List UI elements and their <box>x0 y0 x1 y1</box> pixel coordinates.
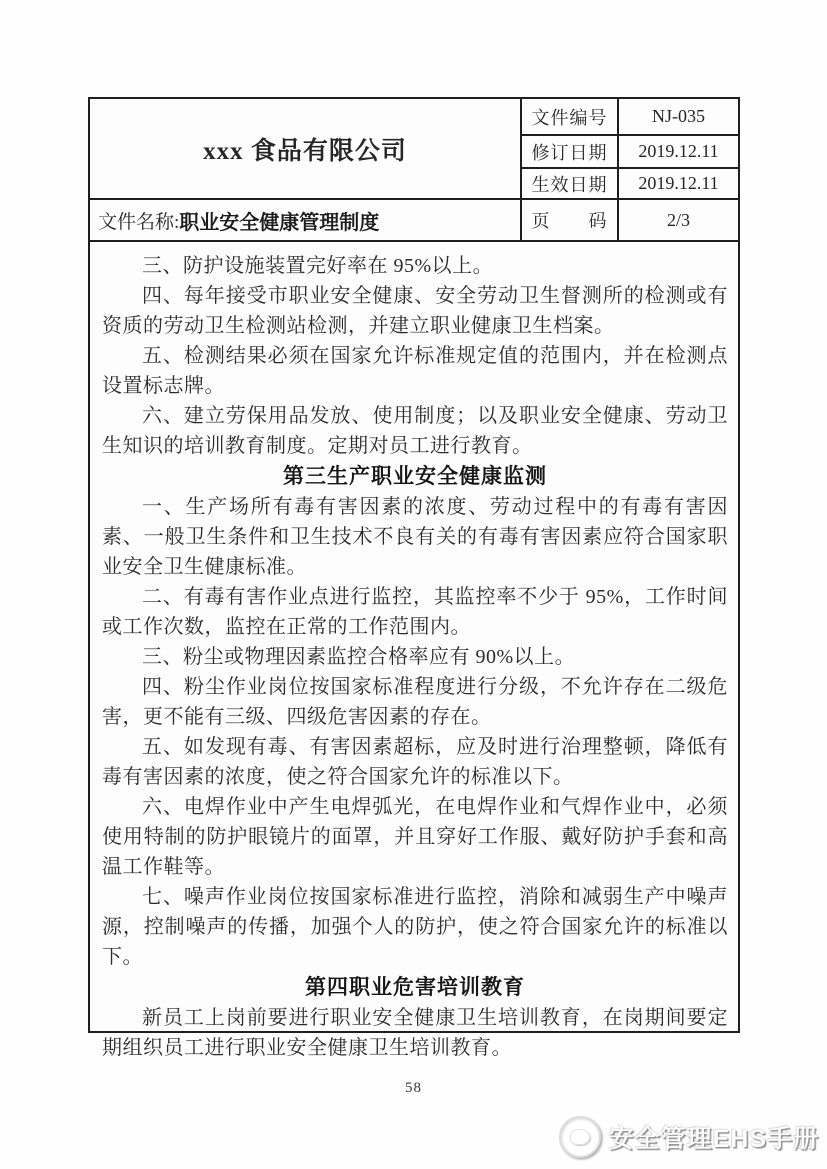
document-body: 三、防护设施装置完好率在 95%以上。 四、每年接受市职业安全健康、安全劳动卫生… <box>90 242 738 1063</box>
document-page: xxx 食品有限公司 文件编号 NJ-035 修订日期 2019.12.11 生… <box>0 0 827 1169</box>
field-label-revision-date: 修订日期 <box>522 136 619 169</box>
paragraph: 五、如发现有毒、有害因素超标，应及时进行治理整顿，降低有毒有害因素的浓度，使之符… <box>102 732 728 792</box>
field-label-doc-number: 文件编号 <box>522 99 619 136</box>
document-title: 职业安全健康管理制度 <box>179 206 379 235</box>
paragraph: 五、检测结果必须在国家允许标准规定值的范围内，并在检测点设置标志牌。 <box>102 341 728 401</box>
watermark-text: 安全管理EHS手册 <box>609 1119 819 1155</box>
field-label-effective-date: 生效日期 <box>522 169 619 200</box>
paragraph: 三、粉尘或物理因素监控合格率应有 90%以上。 <box>102 642 728 672</box>
paragraph: 六、电焊作业中产生电焊弧光，在电焊作业和气焊作业中，必须使用特制的防护眼镜片的面… <box>102 792 728 882</box>
ehs-logo-icon <box>559 1116 601 1158</box>
field-value-effective-date: 2019.12.11 <box>619 169 738 200</box>
paragraph: 六、建立劳保用品发放、使用制度；以及职业安全健康、劳动卫生知识的培训教育制度。定… <box>102 401 728 461</box>
field-value-page-number: 2/3 <box>619 200 738 242</box>
page-number: 58 <box>0 1080 827 1097</box>
section-heading-4: 第四职业危害培训教育 <box>102 972 728 1003</box>
company-name: xxx 食品有限公司 <box>90 99 522 200</box>
document-header-table: xxx 食品有限公司 文件编号 NJ-035 修订日期 2019.12.11 生… <box>90 99 738 242</box>
document-title-label: 文件名称: <box>98 207 179 234</box>
field-value-revision-date: 2019.12.11 <box>619 136 738 169</box>
paragraph: 一、生产场所有毒有害因素的浓度、劳动过程中的有毒有害因素、一般卫生条件和卫生技术… <box>102 492 728 582</box>
watermark: 安全管理EHS手册 <box>559 1112 819 1162</box>
paragraph: 新员工上岗前要进行职业安全健康卫生培训教育，在岗期间要定期组织员工进行职业安全健… <box>102 1003 728 1063</box>
document-frame: xxx 食品有限公司 文件编号 NJ-035 修订日期 2019.12.11 生… <box>88 97 740 1033</box>
paragraph: 二、有毒有害作业点进行监控，其监控率不少于 95%，工作时间或工作次数，监控在正… <box>102 582 728 642</box>
field-label-page-number: 页 码 <box>522 200 619 242</box>
paragraph: 七、噪声作业岗位按国家标准进行监控，消除和减弱生产中噪声源，控制噪声的传播，加强… <box>102 882 728 972</box>
paragraph: 四、每年接受市职业安全健康、安全劳动卫生督测所的检测或有资质的劳动卫生检测站检测… <box>102 281 728 341</box>
section-heading-3: 第三生产职业安全健康监测 <box>102 461 728 492</box>
field-value-doc-number: NJ-035 <box>619 99 738 136</box>
document-title-row: 文件名称:职业安全健康管理制度 <box>90 200 522 242</box>
paragraph: 三、防护设施装置完好率在 95%以上。 <box>102 251 728 281</box>
paragraph: 四、粉尘作业岗位按国家标准程度进行分级，不允许存在二级危害，更不能有三级、四级危… <box>102 672 728 732</box>
